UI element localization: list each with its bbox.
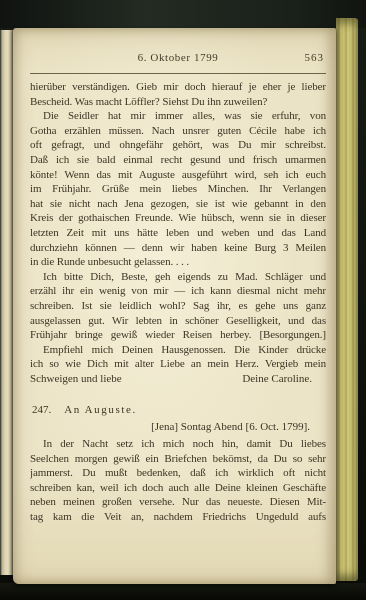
page-stack-fore-edge [336,18,358,581]
text-line: ausgelassen gut. Wir lebten in schöner G… [30,314,326,329]
text-line: schreiben. Ist sie leidlich wohl? Sag ih… [30,299,326,314]
text-line: hierüber verständigen. Gieb mir doch hie… [30,80,326,95]
text-line: im Frühjahr. Grüße mein liebes Minchen. … [30,182,326,197]
letter-246-closing: Schweigen und liebe Deine Caroline. [30,372,326,387]
text-line: letzten Zeit mit uns hätte leben und web… [30,226,326,241]
text-line: Kreis der gothaischen Freunde. Wie hübsc… [30,211,326,226]
text-line: schreiben kan, weil ich doch auch alle D… [30,481,326,496]
text-line: hat sie nicht nach Jena gezogen, sie ist… [30,197,326,212]
text-line: Seelchen morgen gewiß ein Briefchen bekö… [30,452,326,467]
text-line: Frühjahr bringe gewiß wieder Reisen herb… [30,328,326,343]
text-line: Daß ich sie bald einmal recht gesund und… [30,153,326,168]
header-rule [30,73,326,74]
text-line: In der Nacht setz ich mich noch hin, dam… [30,437,326,452]
signature: Deine Caroline. [242,372,312,387]
text-line: tag kam die Veit an, nachdem Friedrichs … [30,510,326,525]
text-line: erzähl ihr ein wenig von mir — ich kann … [30,284,326,299]
text-line: oft gefragt, und ohngefähr gehört, was D… [30,138,326,153]
running-header-date: 6. Oktober 1799 [30,50,326,66]
text-line: Ich bitte Dich, Beste, geh eigends zu Ma… [30,270,326,285]
book-photo: 6. Oktober 1799 563 hierüber verständige… [0,0,366,600]
book-cover-top-band [0,0,366,28]
closing-text: Schweigen und liebe [30,373,122,385]
text-line: könte! Wenn das mit Auguste ausgeführt w… [30,168,326,183]
text-line: Gotha erzählen müssen. Nach unsrer guten… [30,124,326,139]
letter-247-dateline: [Jena] Sontag Abend [6. Oct. 1799]. [30,420,326,435]
page-content: 6. Oktober 1799 563 hierüber verständige… [30,28,326,584]
book-page: 6. Oktober 1799 563 hierüber verständige… [13,28,336,584]
text-line: neben meinen großen versehe. Nur das neu… [30,495,326,510]
letter-addressee: An Auguste. [64,404,137,416]
text-line: Empfiehl mich Deinen Hausgenossen. Die K… [30,343,326,358]
text-line: durchziehn können — denn wir haben keine… [30,241,326,256]
book-cover-bottom-band [0,583,366,600]
letter-246-body: hierüber verständigen. Gieb mir doch hie… [30,80,326,372]
text-line: in die Runde unbesucht gelassen. . . . [30,255,326,270]
letter-number: 247. [32,404,51,416]
text-line: jammerst. Du mußt bedenken, daß ich wirk… [30,466,326,481]
text-line: ich so wie Dich mit alter Liebe an mein … [30,357,326,372]
text-line: Die Seidler hat mir immer alles, was sie… [30,109,326,124]
page-number: 563 [305,50,325,66]
letter-247-body: In der Nacht setz ich mich noch hin, dam… [30,437,326,525]
left-page-edge [0,30,13,575]
letter-247-heading: 247.An Auguste. [32,403,137,418]
text-line: Bescheid. Was macht Löffler? Siehst Du i… [30,95,326,110]
